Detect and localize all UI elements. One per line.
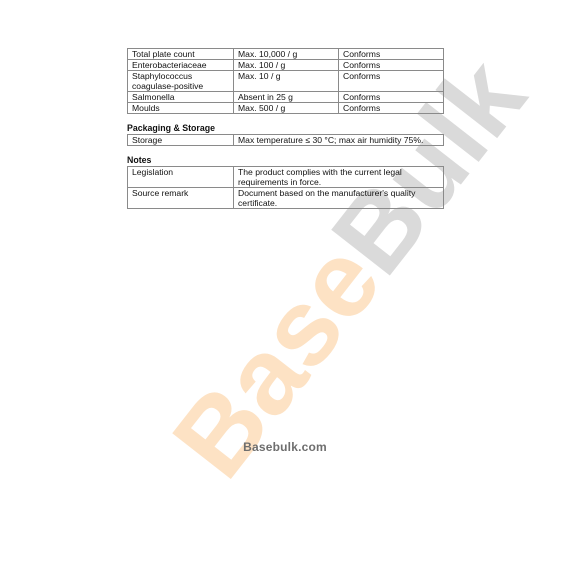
value-cell: The product complies with the current le… [234,167,444,188]
label-cell: Storage [128,135,234,146]
limit-cell: Absent in 25 g [234,92,339,103]
result-cell: Conforms [339,60,444,71]
packaging-table: Storage Max temperature ≤ 30 °C; max air… [127,134,444,146]
footer-brand: Basebulk.com [0,440,570,454]
parameter-cell: Total plate count [128,49,234,60]
limit-cell: Max. 10 / g [234,71,339,92]
parameter-cell: Salmonella [128,92,234,103]
table-row: Storage Max temperature ≤ 30 °C; max air… [128,135,444,146]
limit-cell: Max. 100 / g [234,60,339,71]
parameter-cell: Enterobacteriaceae [128,60,234,71]
limit-cell: Max. 10,000 / g [234,49,339,60]
table-row: Legislation The product complies with th… [128,167,444,188]
parameter-cell: Staphylococcus coagulase-positive [128,71,234,92]
table-row: Source remark Document based on the manu… [128,188,444,209]
result-cell: Conforms [339,103,444,114]
limit-cell: Max. 500 / g [234,103,339,114]
result-cell: Conforms [339,71,444,92]
value-cell: Max temperature ≤ 30 °C; max air humidit… [234,135,444,146]
result-cell: Conforms [339,92,444,103]
microbiology-table: Total plate count Max. 10,000 / g Confor… [127,48,444,114]
watermark-part-base: Base [149,221,403,499]
table-row: Enterobacteriaceae Max. 100 / g Conforms [128,60,444,71]
notes-heading: Notes [127,155,443,165]
value-cell: Document based on the manufacturer's qua… [234,188,444,209]
packaging-heading: Packaging & Storage [127,123,443,133]
table-row: Moulds Max. 500 / g Conforms [128,103,444,114]
result-cell: Conforms [339,49,444,60]
table-row: Salmonella Absent in 25 g Conforms [128,92,444,103]
table-row: Staphylococcus coagulase-positive Max. 1… [128,71,444,92]
table-row: Total plate count Max. 10,000 / g Confor… [128,49,444,60]
label-cell: Legislation [128,167,234,188]
label-cell: Source remark [128,188,234,209]
parameter-cell: Moulds [128,103,234,114]
document-page: Total plate count Max. 10,000 / g Confor… [127,48,443,209]
notes-table: Legislation The product complies with th… [127,166,444,209]
